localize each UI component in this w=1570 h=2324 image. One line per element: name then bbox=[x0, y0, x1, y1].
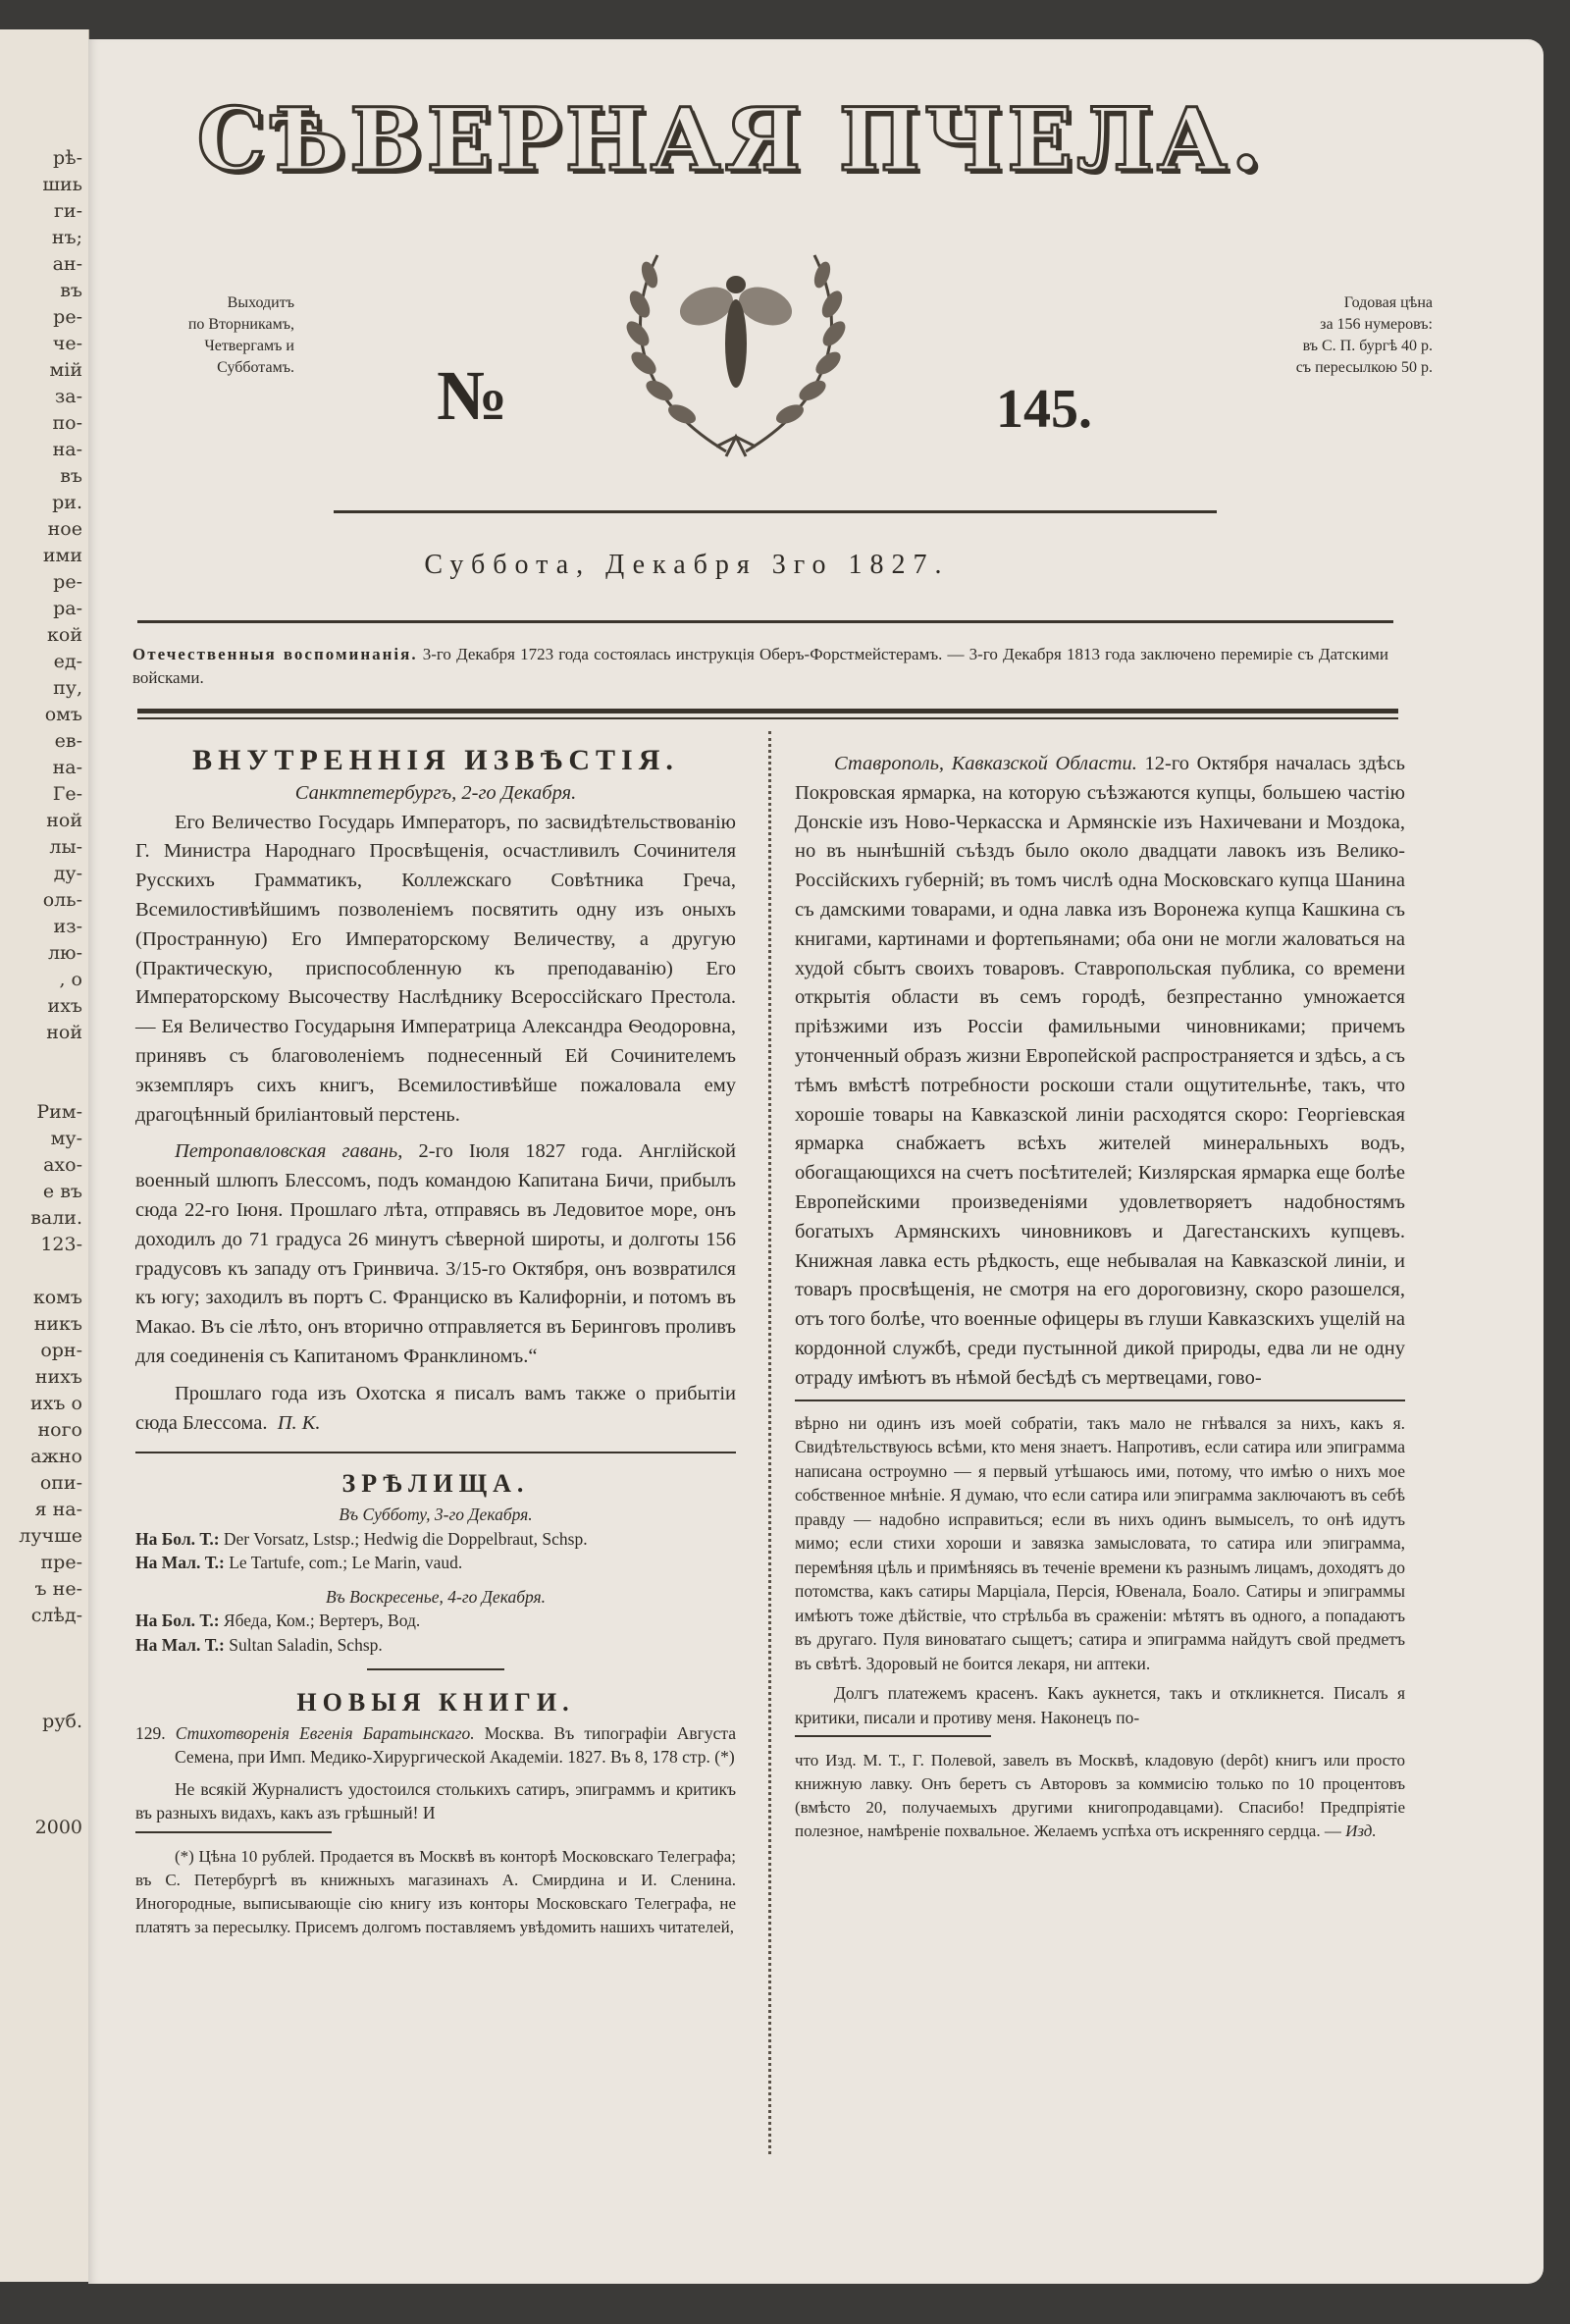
prev-page-text-line: вали. bbox=[30, 1205, 82, 1232]
prev-page-text-line: я на- bbox=[35, 1497, 82, 1523]
prev-page-text-line: ной bbox=[46, 1020, 82, 1046]
prev-page-text-line: ра- bbox=[53, 596, 82, 622]
prev-page-text-line: ри. bbox=[52, 490, 82, 516]
prev-page-text-line: кой bbox=[47, 622, 82, 649]
prev-page-text-line: , о bbox=[59, 967, 82, 993]
prev-page-text-line: рѣ- bbox=[53, 145, 82, 172]
prev-page-text-line: пу, bbox=[53, 675, 82, 702]
prev-page-text-line: ъ не- bbox=[35, 1576, 82, 1603]
right-column: Ставрополь, Кавказской Области. 12-го Ок… bbox=[795, 750, 1405, 1843]
prev-page-text-line: нихъ bbox=[35, 1364, 82, 1391]
prev-page-text-line: ное bbox=[48, 516, 82, 543]
prev-page-text-line: ду- bbox=[54, 861, 82, 887]
section-heading-new-books: НОВЫЯ КНИГИ. bbox=[135, 1688, 736, 1717]
dateline-rule bbox=[137, 620, 1393, 623]
numero-sign: № bbox=[437, 355, 507, 437]
domestic-dateline: Санктпетербургъ, 2-го Декабря. bbox=[135, 779, 736, 809]
masthead-rule bbox=[334, 510, 1217, 513]
section-rule bbox=[135, 1452, 736, 1453]
footnote-continuation: что Изд. М. Т., Г. Полевой, завелъ въ Мо… bbox=[795, 1749, 1405, 1843]
prev-page-text-line: ного bbox=[38, 1417, 83, 1444]
article-paragraph: Петропавловская гавань, 2-го Іюля 1827 г… bbox=[135, 1137, 736, 1371]
prev-page-text-line: му- bbox=[51, 1126, 82, 1152]
prev-page-text-line: ажно bbox=[30, 1444, 82, 1470]
issue-dateline: Суббота, Декабря 3го 1827. bbox=[196, 550, 1177, 581]
article-paragraph: вѣрно ни одинъ изъ моей собратіи, такъ м… bbox=[795, 1411, 1405, 1676]
publication-schedule: Выходитъ по Вторникамъ, Четвергамъ и Суб… bbox=[137, 292, 294, 379]
national-memories: Отечественныя воспоминанія. 3-го Декабря… bbox=[132, 643, 1388, 690]
issue-number: 145. bbox=[996, 378, 1092, 441]
prev-page-text-line: омъ bbox=[45, 702, 82, 728]
prev-page-text-line: нъ; bbox=[52, 225, 82, 251]
book-entry: 129. Стихотворенія Евгенія Баратынскаго.… bbox=[135, 1721, 736, 1769]
prev-page-text-line: на- bbox=[53, 755, 82, 781]
left-column: ВНУТРЕННІЯ ИЗВѢСТІЯ. Санктпетербургъ, 2-… bbox=[135, 746, 736, 1939]
prev-page-text-line: опи- bbox=[40, 1470, 82, 1497]
previous-page-fragment: рѣ-шиьги-нъ;ан-въре-че-мійза-по-на-въри.… bbox=[0, 29, 89, 2282]
article-paragraph: Его Величество Государь Императоръ, по з… bbox=[135, 809, 736, 1131]
theatre-listing: На Мал. Т.: Le Tartufe, com.; Le Marin, … bbox=[135, 1551, 736, 1575]
prev-page-text-line: орн- bbox=[40, 1338, 82, 1364]
short-section-rule bbox=[367, 1668, 504, 1670]
masthead-title: СѢВЕРНАЯ ПЧЕЛА. bbox=[191, 88, 1271, 190]
footnote-rule bbox=[795, 1735, 991, 1737]
prev-page-text-line: лучше bbox=[19, 1523, 82, 1550]
prev-page-text-line: за- bbox=[55, 384, 82, 410]
article-paragraph: Ставрополь, Кавказской Области. 12-го Ок… bbox=[795, 750, 1405, 1394]
subscription-price: Годовая цѣна за 156 нумеровъ: въ С. П. б… bbox=[1197, 292, 1433, 379]
section-heading-domestic-news: ВНУТРЕННІЯ ИЗВѢСТІЯ. bbox=[135, 746, 736, 775]
prev-page-text-line: никъ bbox=[34, 1311, 82, 1338]
prev-page-text-line: слѣд- bbox=[31, 1603, 82, 1629]
prev-page-text-line: ги- bbox=[54, 198, 82, 225]
prev-page-text-line: ед- bbox=[54, 649, 82, 675]
prev-page-text-line: 123- bbox=[40, 1232, 82, 1258]
prev-page-text-line: оль- bbox=[43, 887, 82, 914]
prev-page-text-line: лю- bbox=[48, 940, 82, 967]
prev-page-text-line: ре- bbox=[53, 304, 82, 331]
prev-page-text-line: ан- bbox=[53, 251, 82, 278]
header-double-rule bbox=[137, 709, 1398, 713]
column-break-rule bbox=[795, 1400, 1405, 1401]
prev-page-text-line: пре- bbox=[41, 1550, 83, 1576]
prev-page-text-line: е въ bbox=[43, 1179, 82, 1205]
prev-page-text-line: ев- bbox=[55, 728, 82, 755]
theatre-listing: На Бол. Т.: Der Vorsatz, Lstsp.; Hedwig … bbox=[135, 1527, 736, 1552]
prev-page-text-line: руб. bbox=[42, 1709, 82, 1735]
article-paragraph: Долгъ платежемъ красенъ. Какъ аукнется, … bbox=[795, 1681, 1405, 1729]
theatre-listing: На Мал. Т.: Sultan Saladin, Schsp. bbox=[135, 1633, 736, 1658]
column-divider bbox=[768, 731, 775, 2154]
prev-page-text-line: из- bbox=[54, 914, 82, 940]
theatre-listing: На Бол. Т.: Ябеда, Ком.; Вертеръ, Вод. bbox=[135, 1609, 736, 1633]
prev-page-text-line: комъ bbox=[33, 1285, 82, 1311]
prev-page-text-line: ре- bbox=[53, 569, 82, 596]
article-paragraph: Не всякій Журналистъ удостоился стольких… bbox=[135, 1777, 736, 1825]
memories-lead: Отечественныя воспоминанія. bbox=[132, 645, 418, 663]
prev-page-text-line: ихъ bbox=[48, 993, 82, 1020]
footnote: (*) Цѣна 10 рублей. Продается въ Москвѣ … bbox=[135, 1845, 736, 1939]
prev-page-text-line: Рим- bbox=[36, 1099, 82, 1126]
signature: П. К. bbox=[278, 1412, 321, 1434]
prev-page-text-line: на- bbox=[53, 437, 82, 463]
prev-page-text-line: мій bbox=[49, 357, 82, 384]
bee-wreath-emblem-icon bbox=[589, 236, 883, 481]
prev-page-text-line: шиь bbox=[42, 172, 82, 198]
prev-page-text-line: че- bbox=[53, 331, 82, 357]
prev-page-text-line: Ге- bbox=[53, 781, 82, 808]
prev-page-text-line: ахо- bbox=[43, 1152, 82, 1179]
prev-page-text-line: въ bbox=[60, 278, 82, 304]
prev-page-text-line: ной bbox=[46, 808, 82, 834]
section-heading-theatres: ЗРѢЛИЩА. bbox=[135, 1469, 736, 1499]
prev-page-text-line: ими bbox=[43, 543, 82, 569]
prev-page-text-line: 2000 bbox=[35, 1815, 82, 1841]
prev-page-text-line: по- bbox=[52, 410, 82, 437]
prev-page-text-line: ихъ о bbox=[30, 1391, 82, 1417]
header-double-rule-thin bbox=[137, 717, 1398, 719]
prev-page-text-line: лы- bbox=[49, 834, 82, 861]
footnote-rule bbox=[135, 1831, 332, 1833]
prev-page-text-line: въ bbox=[60, 463, 82, 490]
article-paragraph: Прошлаго года изъ Охотска я писалъ вамъ … bbox=[135, 1380, 736, 1439]
